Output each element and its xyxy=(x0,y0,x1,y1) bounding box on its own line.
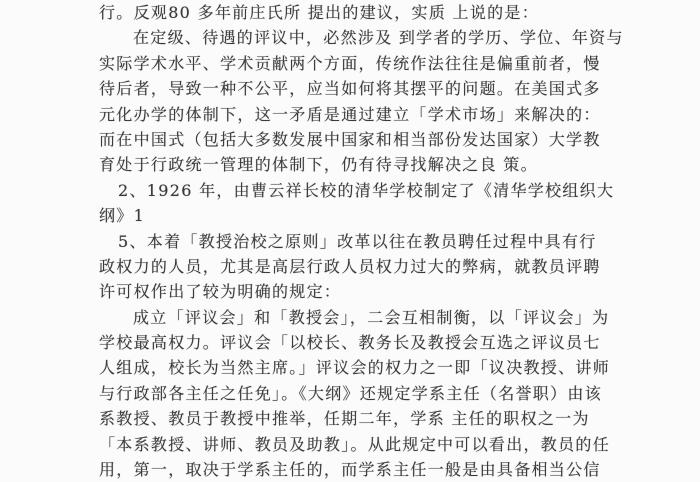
text-block: 行。反观80 多年前庄氏所 提出的建议，实质 上说的是： 在定级、待遇的评议中，… xyxy=(99,0,659,470)
text-line-numbered-item-2: 2、1926 年，由曹云祥长校的清华学校制定了《清华学校组织大 xyxy=(99,178,659,203)
document-page: 行。反观80 多年前庄氏所 提出的建议，实质 上说的是： 在定级、待遇的评议中，… xyxy=(0,0,700,470)
text-line: 与行政部各主任之任免」。《大纲》还规定学系主任（名誉职）由该 xyxy=(99,381,659,406)
text-line: 元化办学的体制下，这一矛盾是通过建立「学术市场」来解决的： xyxy=(99,102,659,127)
text-line: 许可权作出了较为明确的规定： xyxy=(99,279,659,304)
text-line: 实际学术水平、学术贡献两个方面，传统作法往往是偏重前者，慢 xyxy=(99,51,659,76)
text-line: 待后者，导致一种不公平，应当如何将其摆平的问题。在美国式多 xyxy=(99,76,659,101)
text-line: 人组成，校长为当然主席。」评议会的权力之一即「议决教授、讲师 xyxy=(99,355,659,380)
text-line: 「本系教授、讲师、教员及助教」。从此规定中可以看出，教员的任 xyxy=(99,432,659,457)
text-line: 而在中国式（包括大多数发展中国家和相当部份发达国家）大学教 xyxy=(99,127,659,152)
text-line: 政权力的人员，尤其是高层行政人员权力过大的弊病，就教员评聘 xyxy=(99,254,659,279)
text-line: 成立「评议会」和「教授会」，二会互相制衡，以「评议会」为 xyxy=(99,305,659,330)
text-line: 育处于行政统一管理的体制下，仍有待寻找解决之良 策。 xyxy=(99,152,659,177)
text-line: 学校最高权力。评议会「以校长、教务长及教授会互选之评议员七 xyxy=(99,330,659,355)
text-line-numbered-item-5: 5、本着「教授治校之原则」改革以往在教员聘任过程中具有行 xyxy=(99,229,659,254)
text-line: 在定级、待遇的评议中，必然涉及 到学者的学历、学位、年资与 xyxy=(99,25,659,50)
text-line-clipped: 用，第一，取决于学系主任的，而学系主任一般是由具备相当公信 xyxy=(99,457,659,470)
text-line: 纲》1 xyxy=(99,203,659,228)
text-line: 行。反观80 多年前庄氏所 提出的建议，实质 上说的是： xyxy=(99,0,659,25)
text-line: 系教授、教员于教授中推举，任期二年，学系 主任的职权之一为 xyxy=(99,406,659,431)
